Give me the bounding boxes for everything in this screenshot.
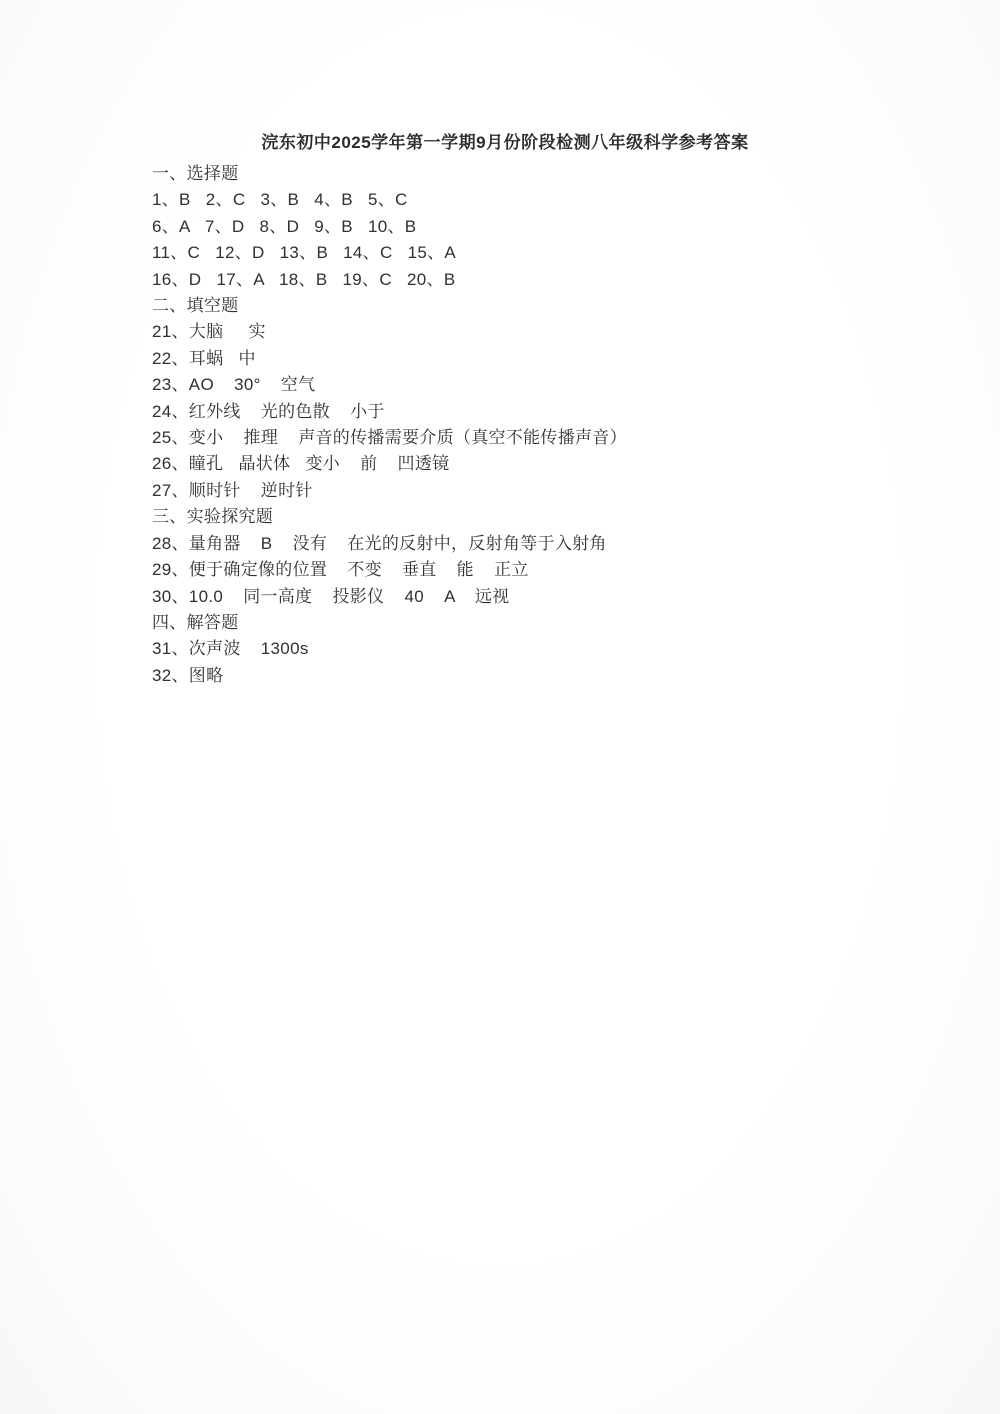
section-heading-fill-blank: 二、填空题 <box>152 293 858 319</box>
answer-line-1-5: 1、B 2、C 3、B 4、B 5、C <box>152 187 858 213</box>
answer-line-29: 29、便于确定像的位置 不变 垂直 能 正立 <box>152 557 858 583</box>
answer-line-25: 25、变小 推理 声音的传播需要介质（真空不能传播声音） <box>152 425 858 451</box>
answer-line-23: 23、AO 30° 空气 <box>152 372 858 398</box>
answer-line-6-10: 6、A 7、D 8、D 9、B 10、B <box>152 214 858 240</box>
answer-line-26: 26、瞳孔 晶状体 变小 前 凹透镜 <box>152 451 858 477</box>
answer-line-30: 30、10.0 同一高度 投影仪 40 A 远视 <box>152 584 858 610</box>
answer-line-32: 32、图略 <box>152 663 858 689</box>
answer-line-22: 22、耳蜗 中 <box>152 346 858 372</box>
document-content: 浣东初中2025学年第一学期9月份阶段检测八年级科学参考答案 一、选择题 1、B… <box>152 131 858 689</box>
document-title: 浣东初中2025学年第一学期9月份阶段检测八年级科学参考答案 <box>152 131 858 155</box>
answer-line-21: 21、大脑 实 <box>152 319 858 345</box>
section-heading-experiment: 三、实验探究题 <box>152 504 858 530</box>
document-page: 浣东初中2025学年第一学期9月份阶段检测八年级科学参考答案 一、选择题 1、B… <box>0 0 1000 1414</box>
answer-line-24: 24、红外线 光的色散 小于 <box>152 399 858 425</box>
section-heading-choice: 一、选择题 <box>152 161 858 187</box>
answer-line-31: 31、次声波 1300s <box>152 636 858 662</box>
answer-line-11-15: 11、C 12、D 13、B 14、C 15、A <box>152 240 858 266</box>
section-heading-solution: 四、解答题 <box>152 610 858 636</box>
answer-line-27: 27、顺时针 逆时针 <box>152 478 858 504</box>
answer-line-16-20: 16、D 17、A 18、B 19、C 20、B <box>152 267 858 293</box>
answer-line-28: 28、量角器 B 没有 在光的反射中，反射角等于入射角 <box>152 531 858 557</box>
